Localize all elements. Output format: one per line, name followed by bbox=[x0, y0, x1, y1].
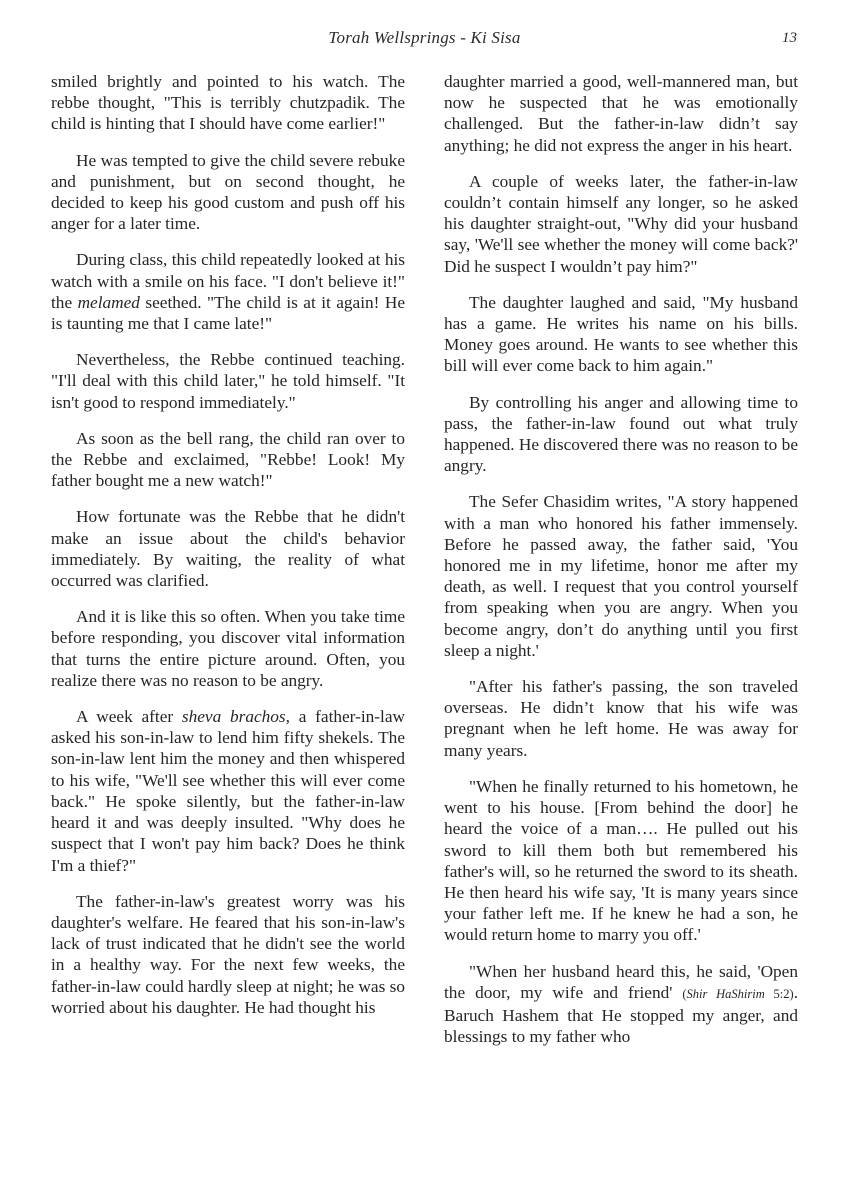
paragraph: And it is like this so often. When you t… bbox=[51, 606, 405, 691]
paragraph: The daughter laughed and said, "My husba… bbox=[444, 292, 798, 377]
citation: (Shir HaShirim 5:2) bbox=[682, 987, 793, 1001]
paragraph: By controlling his anger and allowing ti… bbox=[444, 392, 798, 477]
right-column: daughter married a good, well-mannered m… bbox=[444, 71, 798, 1062]
paragraph-text: A week after bbox=[76, 707, 182, 726]
paragraph: As soon as the bell rang, the child ran … bbox=[51, 428, 405, 492]
paragraph: A couple of weeks later, the father-in-l… bbox=[444, 171, 798, 277]
paragraph: smiled brightly and pointed to his watch… bbox=[51, 71, 405, 135]
paragraph: He was tempted to give the child severe … bbox=[51, 150, 405, 235]
italic-term: melamed bbox=[78, 293, 140, 312]
page-header: Torah Wellsprings - Ki Sisa 13 bbox=[0, 28, 849, 54]
left-column: smiled brightly and pointed to his watch… bbox=[51, 71, 405, 1033]
page-number: 13 bbox=[782, 30, 797, 47]
paragraph: The father-in-law's greatest worry was h… bbox=[51, 891, 405, 1018]
citation-source: Shir HaShirim bbox=[687, 987, 765, 1001]
paragraph: daughter married a good, well-mannered m… bbox=[444, 71, 798, 156]
paragraph: A week after sheva brachos, a father-in-… bbox=[51, 706, 405, 876]
paragraph: The Sefer Chasidim writes, "A story happ… bbox=[444, 491, 798, 661]
italic-term: sheva brachos, bbox=[182, 707, 290, 726]
running-title: Torah Wellsprings - Ki Sisa bbox=[0, 28, 849, 48]
paragraph: "After his father's passing, the son tra… bbox=[444, 676, 798, 761]
paragraph: "When her husband heard this, he said, '… bbox=[444, 961, 798, 1048]
paragraph: How fortunate was the Rebbe that he didn… bbox=[51, 506, 405, 591]
citation-ref: 5:2) bbox=[765, 987, 794, 1001]
paragraph: "When he finally returned to his hometow… bbox=[444, 776, 798, 946]
paragraph: Nevertheless, the Rebbe continued teachi… bbox=[51, 349, 405, 413]
paragraph: During class, this child repeatedly look… bbox=[51, 249, 405, 334]
paragraph-text: a father-in-law asked his son-in-law to … bbox=[51, 707, 405, 874]
